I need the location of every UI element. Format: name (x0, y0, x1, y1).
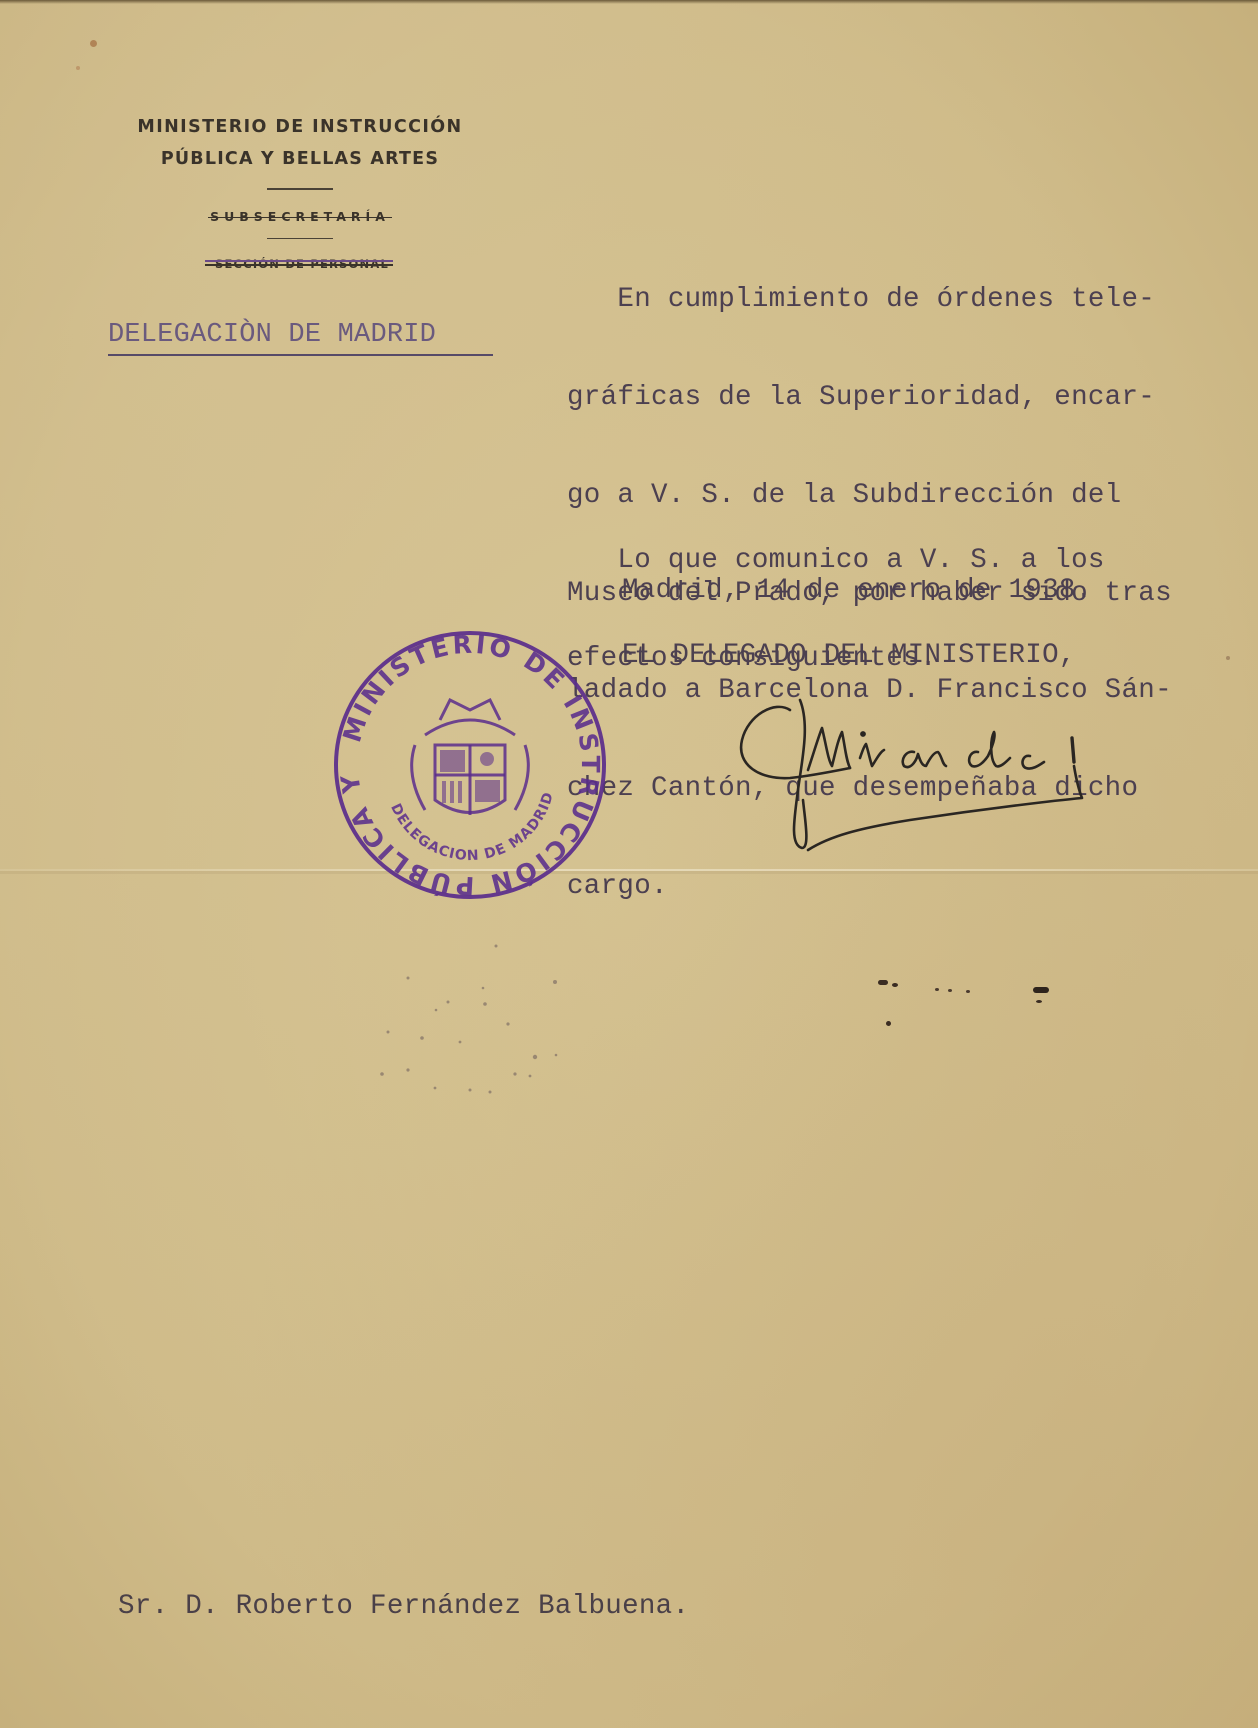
ink-speck (1033, 987, 1049, 993)
ink-speck (878, 980, 888, 985)
text-line: cargo. (567, 871, 1172, 904)
date-line: Madrid, 14 de enero de 1938. (622, 574, 1092, 608)
paper-top-edge (0, 0, 1258, 4)
letterhead: MINISTERIO DE INSTRUCCIÓN PÚBLICA Y BELL… (100, 110, 500, 271)
ink-speck (948, 989, 952, 992)
handwritten-signature: J Miranda (730, 670, 1110, 855)
signatory-title: EL DELEGADO DEL MINISTERIO, (622, 639, 1076, 673)
rust-spot (90, 40, 97, 47)
ink-speck (892, 983, 898, 987)
struck-subsecretaria: SUBSECRETARÍA (210, 208, 390, 226)
ink-speck (935, 988, 939, 991)
ink-speck (966, 990, 970, 993)
official-stamp-icon: MINISTERIO DE INSTRUCCIÓN PÚBLICA Y BELL… (330, 625, 610, 905)
document-page: MINISTERIO DE INSTRUCCIÓN PÚBLICA Y BELL… (0, 0, 1258, 1728)
ink-speck (1036, 1000, 1042, 1003)
dust-specks (360, 940, 580, 1100)
ink-speck (1226, 656, 1230, 660)
ministry-name-line1: MINISTERIO DE INSTRUCCIÓN (100, 110, 500, 144)
ministry-name-line2: PÚBLICA Y BELLAS ARTES (100, 144, 500, 174)
struck-seccion-personal: SECCIÓN DE PERSONAL (207, 256, 393, 272)
text-line: Lo que comunico a V. S. a los (567, 545, 1105, 578)
letterhead-separator (267, 188, 333, 190)
delegation-heading: DELEGACIÒN DE MADRID (108, 318, 493, 356)
ink-speck (886, 1021, 891, 1026)
text-line: gráficas de la Superioridad, encar- (567, 382, 1172, 415)
rust-spot (76, 66, 80, 70)
text-line: En cumplimiento de órdenes tele- (567, 284, 1172, 317)
letterhead-separator (267, 238, 333, 240)
addressee-line: Sr. D. Roberto Fernández Balbuena. (118, 1590, 689, 1624)
